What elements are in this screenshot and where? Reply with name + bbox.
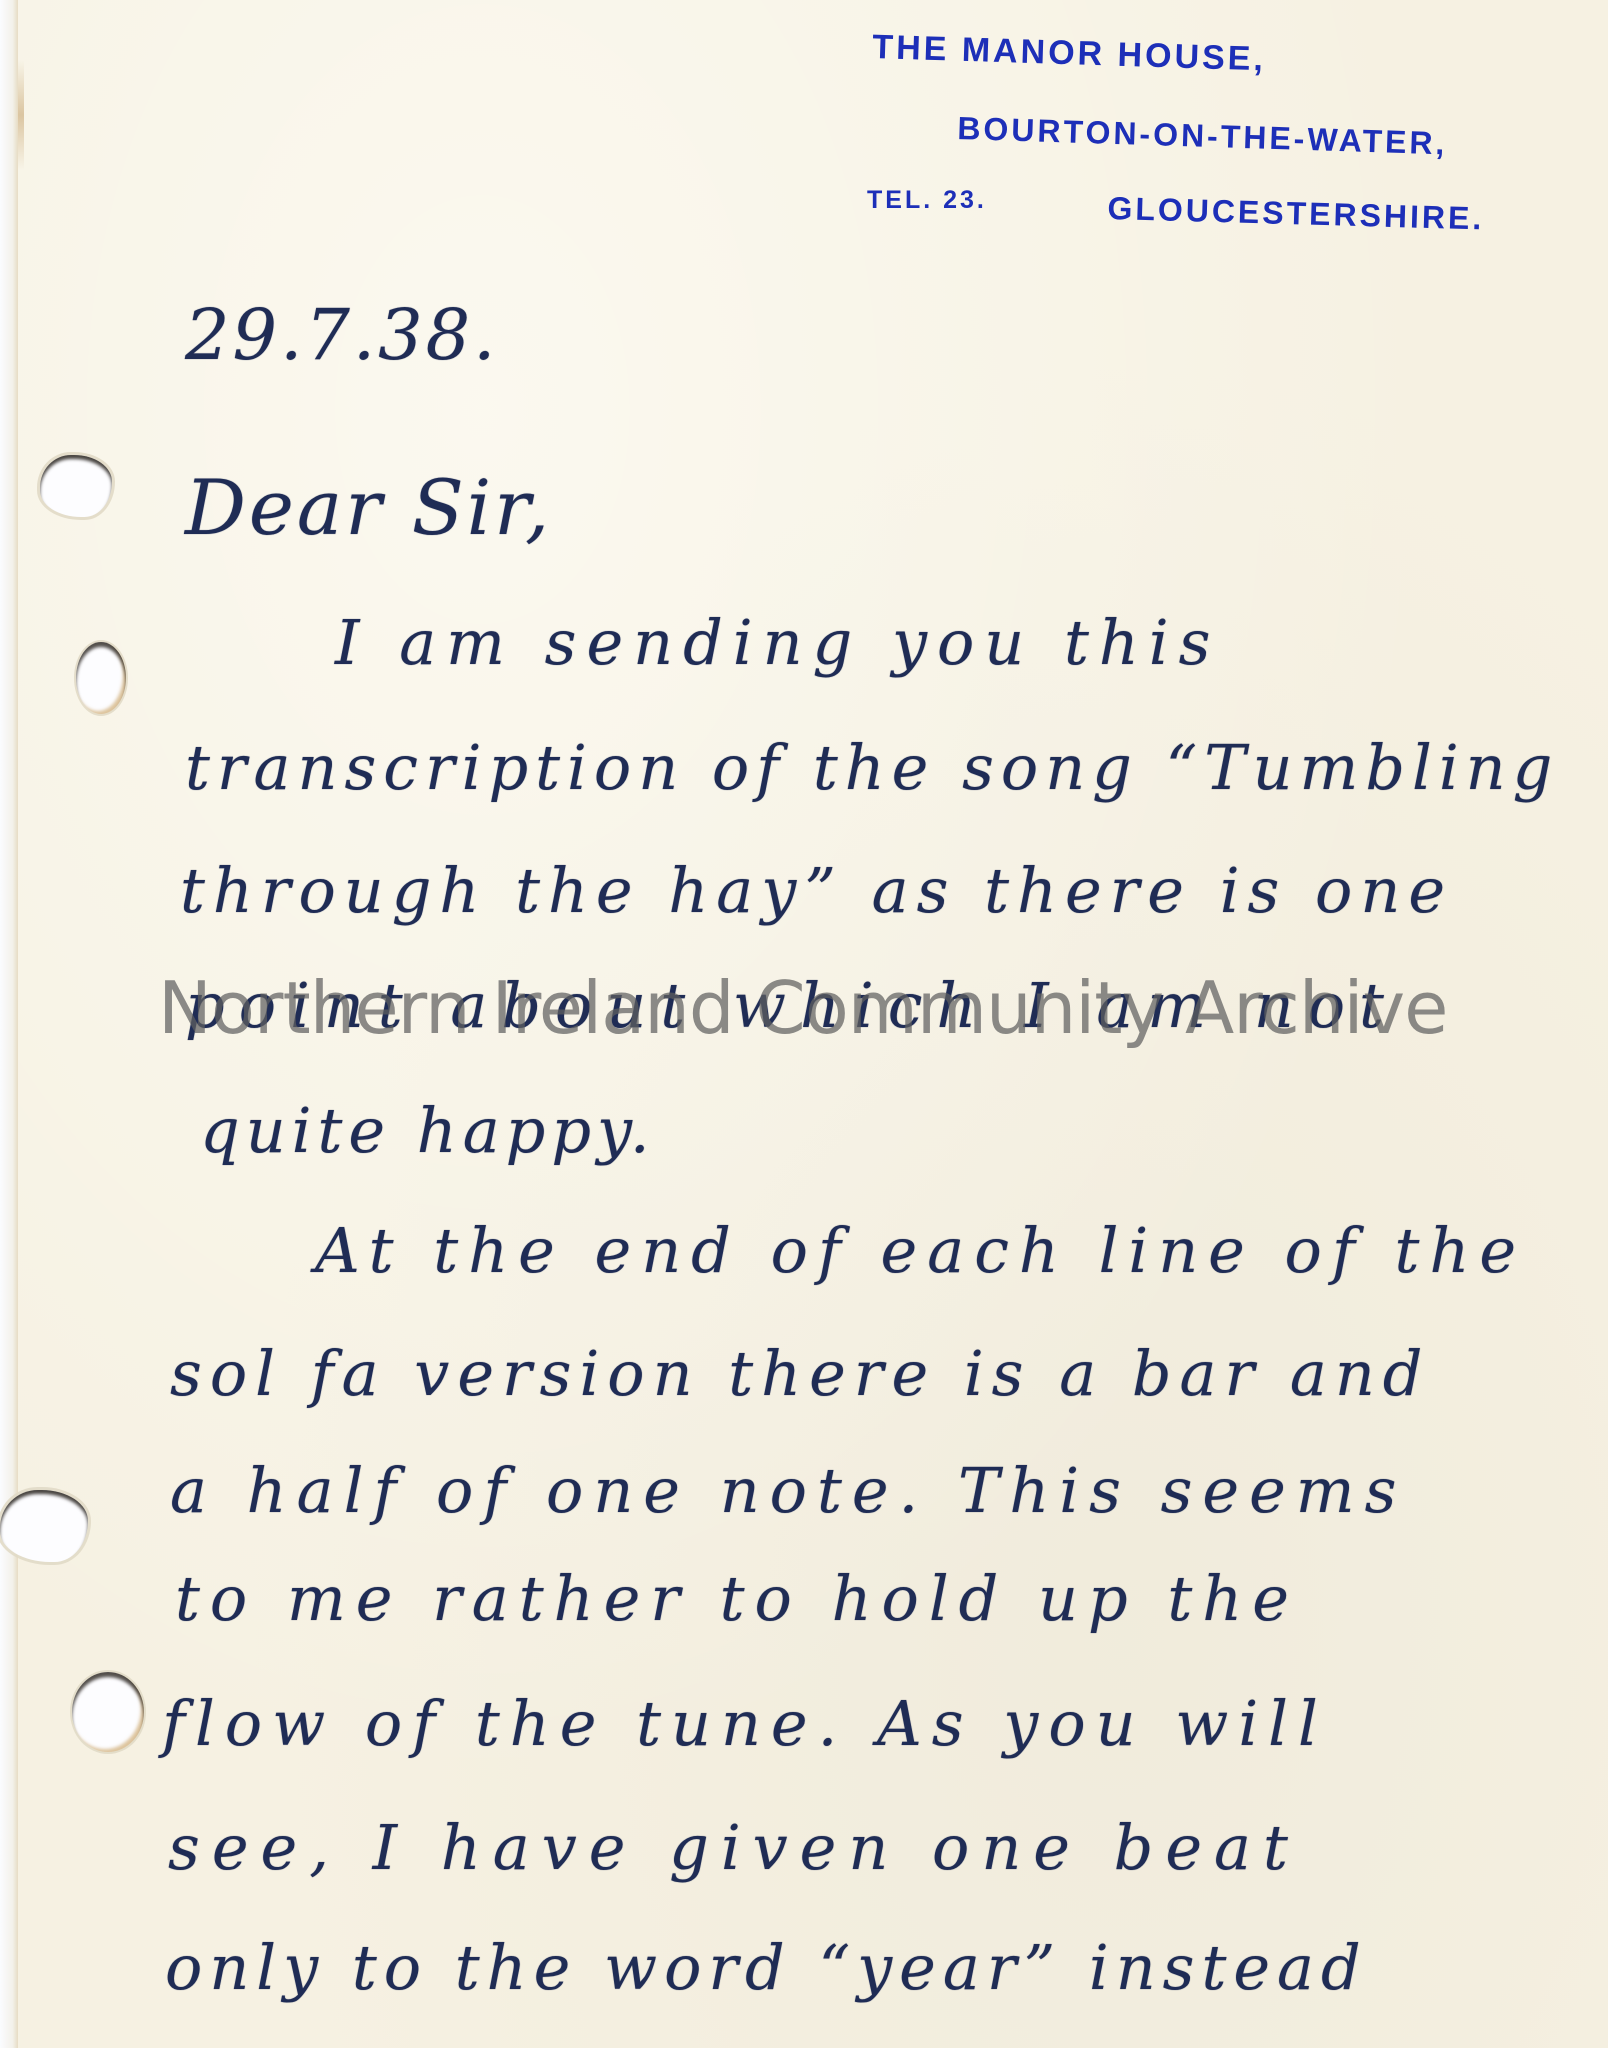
- punch-hole-round-lower: [72, 1672, 144, 1752]
- punch-hole-torn-upper: [40, 455, 112, 517]
- letter-line: sol fa version there is a bar and: [170, 1343, 1430, 1405]
- letterhead-county: Gloucestershire.: [1107, 190, 1485, 238]
- paper-stain: [18, 60, 24, 170]
- letter-line: through the hay” as there is one: [180, 860, 1453, 922]
- letter-salutation: Dear Sir,: [185, 470, 552, 546]
- letter-line: At the end of each line of the: [315, 1220, 1526, 1282]
- letterhead-telephone: Tel. 23.: [867, 186, 987, 215]
- letter-line: flow of the tune. As you will: [162, 1693, 1328, 1755]
- letter-line: I am sending you this: [335, 612, 1220, 674]
- letter-line: transcription of the song “Tumbling: [185, 737, 1559, 799]
- letter-line: to me rather to hold up the: [175, 1568, 1299, 1630]
- punch-hole-torn-lower: [0, 1490, 88, 1562]
- paper-left-edge: [0, 0, 18, 2048]
- letterhead-house-name: The Manor House,: [872, 28, 1267, 79]
- letter-page: The Manor House, Bourton-on-the-Water, T…: [0, 0, 1608, 2048]
- letter-line: only to the word “year” instead: [165, 1937, 1368, 1999]
- letter-line: a half of one note. This seems: [170, 1460, 1406, 1522]
- punch-hole-round-upper: [76, 642, 126, 714]
- letter-date: 29.7.38.: [185, 300, 498, 370]
- archive-watermark: Northern Ireland Community Archive: [158, 966, 1447, 1050]
- letterhead-town: Bourton-on-the-Water,: [957, 110, 1448, 162]
- letter-line: see, I have given one beat: [168, 1817, 1300, 1879]
- letter-line: quite happy.: [200, 1100, 656, 1162]
